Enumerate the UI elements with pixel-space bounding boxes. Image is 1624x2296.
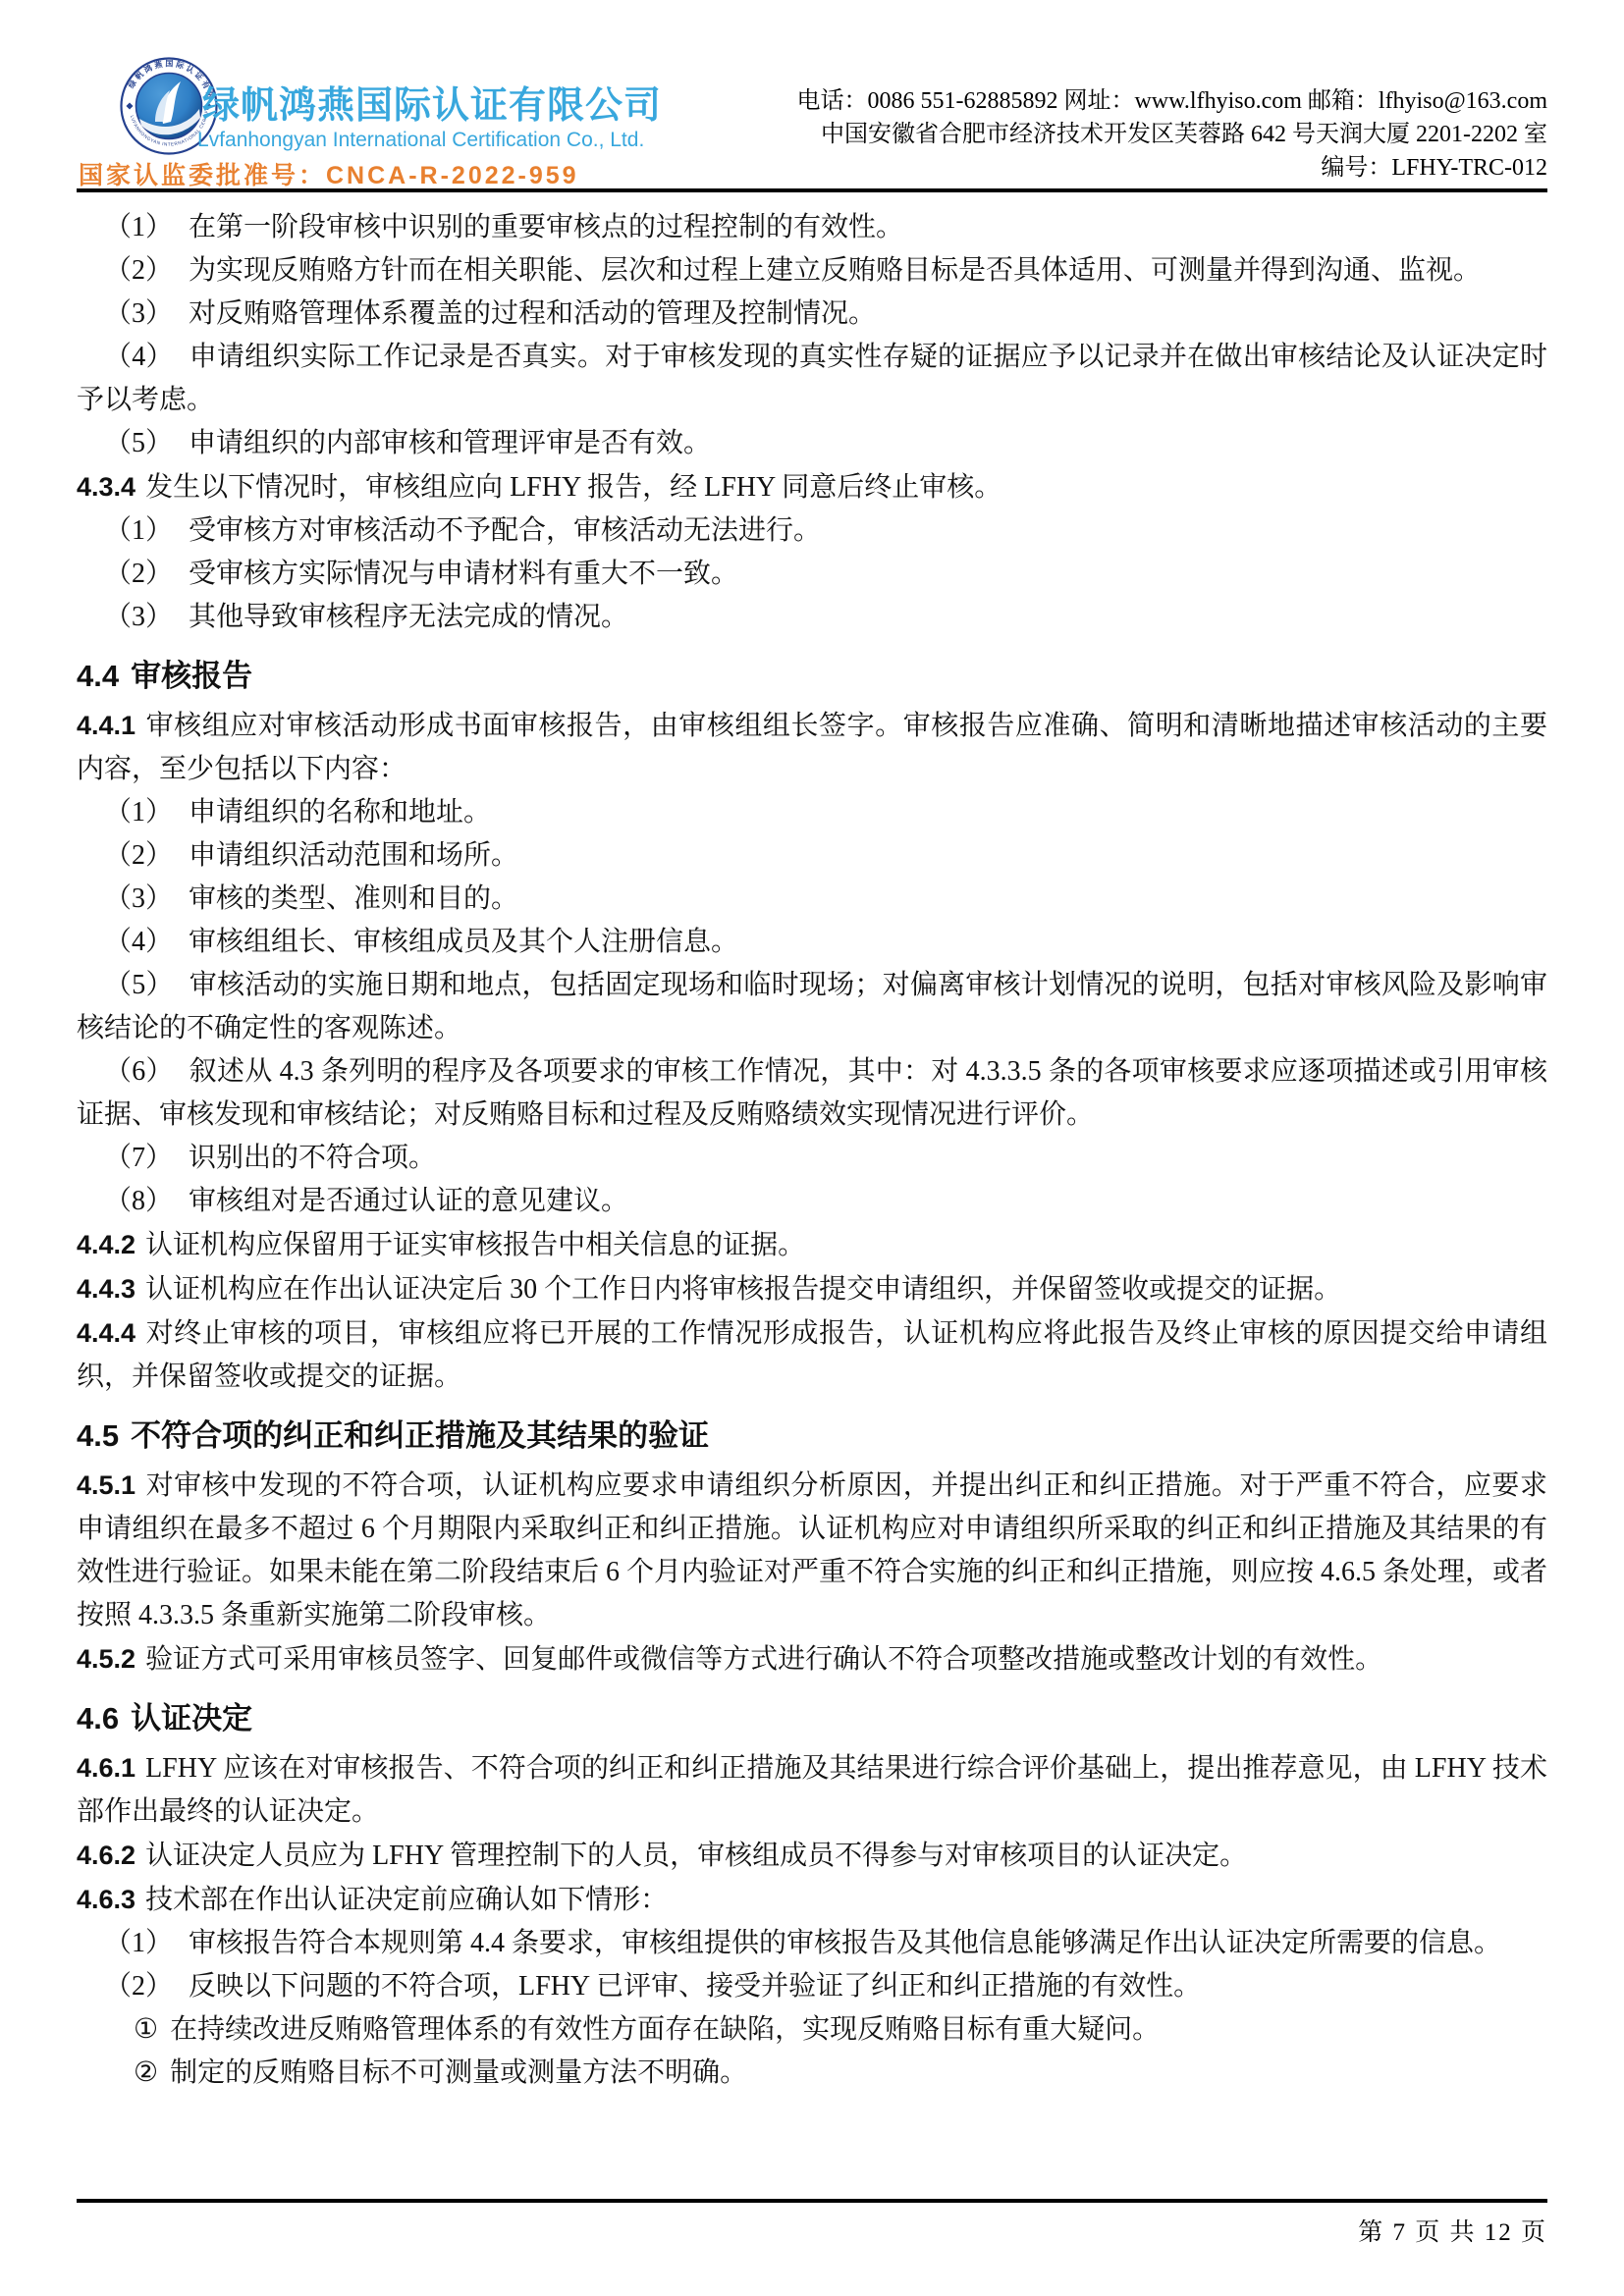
paragraph-text: 对终止审核的项目，审核组应将已开展的工作情况形成报告，认证机构应将此报告及终止审… [77,1318,1547,1392]
paragraph-number: 4.6.2 [77,1841,135,1870]
paragraph: （4）审核组组长、审核组成员及其个人注册信息。 [77,921,1547,964]
paragraph-number: （4） [104,927,173,957]
paragraph-number: （6） [104,1056,174,1087]
paragraph-number: 4.4.2 [77,1230,135,1259]
paragraph-number: （1） [104,1928,173,1958]
paragraph-number: 4.3.4 [77,472,135,502]
paragraph-text: 技术部在作出认证决定前应确认如下情形： [145,1885,668,1915]
section-heading: 4.6认证决定 [77,1697,1547,1740]
paragraph-number: （2） [104,255,173,286]
paragraph-text: 识别出的不符合项。 [189,1143,436,1173]
doc-number: 编号：LFHY-TRC-012 [796,151,1547,185]
paragraph: （6）叙述从 4.3 条列明的程序及各项要求的审核工作情况，其中：对 4.3.3… [77,1050,1547,1137]
section-heading: 4.4审核报告 [77,655,1547,698]
contact-line: 电话：0086 551-62885892 网址：www.lfhyiso.com … [796,84,1547,118]
paragraph: （8）审核组对是否通过认证的意见建议。 [77,1180,1547,1223]
paragraph-number: （1） [104,797,173,828]
address-line: 中国安徽省合肥市经济技术开发区芙蓉路 642 号天润大厦 2201-2202 室 [796,118,1547,151]
paragraph-number: （7） [104,1143,173,1173]
paragraph: （2）为实现反贿赂方针而在相关职能、层次和过程上建立反贿赂目标是否具体适用、可测… [77,249,1547,293]
paragraph: （2）受审核方实际情况与申请材料有重大不一致。 [77,553,1547,596]
paragraph-number: （2） [104,559,173,589]
paragraph-number: （5） [104,428,173,458]
paragraph-number: （3） [104,602,173,632]
paragraph: 4.5.2验证方式可采用审核员签字、回复邮件或微信等方式进行确认不符合项整改措施… [77,1637,1547,1682]
paragraph-text: 受审核方对审核活动不予配合，审核活动无法进行。 [189,515,821,546]
paragraph-text: 对反贿赂管理体系覆盖的过程和活动的管理及控制情况。 [189,298,876,329]
paragraph-text: 制定的反贿赂目标不可测量或测量方法不明确。 [170,2057,747,2088]
paragraph-number: （5） [104,970,174,1000]
paragraph: （1）申请组织的名称和地址。 [77,791,1547,834]
paragraph-text: 申请组织的内部审核和管理评审是否有效。 [189,428,711,458]
paragraph: 4.4.2认证机构应保留用于证实审核报告中相关信息的证据。 [77,1223,1547,1267]
paragraph-number: 4.5.1 [77,1470,135,1500]
paragraph-text: 审核的类型、准则和目的。 [189,883,518,914]
company-name-cn: 绿帆鸿燕国际认证有限公司 [202,75,662,129]
paragraph-number: （8） [104,1186,173,1216]
paragraph-number: （2） [104,840,173,871]
paragraph-number: ② [134,2057,158,2088]
paragraph-text: 为实现反贿赂方针而在相关职能、层次和过程上建立反贿赂目标是否具体适用、可测量并得… [189,255,1481,286]
paragraph-text: 发生以下情况时，审核组应向 LFHY 报告，经 LFHY 同意后终止审核。 [145,472,1001,503]
paragraph-number: 4.5.2 [77,1644,135,1674]
paragraph-text: 认证机构应在作出认证决定后 30 个工作日内将审核报告提交申请组织，并保留签收或… [145,1274,1341,1305]
company-name-en: Lvfanhongyan International Certification… [197,129,644,152]
paragraph-text: LFHY 应该在对审核报告、不符合项的纠正和纠正措施及其结果进行综合评价基础上，… [77,1753,1547,1827]
paragraph: 4.4.4对终止审核的项目，审核组应将已开展的工作情况形成报告，认证机构应将此报… [77,1311,1547,1399]
paragraph: （3）其他导致审核程序无法完成的情况。 [77,596,1547,639]
paragraph: （3）对反贿赂管理体系覆盖的过程和活动的管理及控制情况。 [77,293,1547,336]
paragraph-text: 申请组织实际工作记录是否真实。对于审核发现的真实性存疑的证据应予以记录并在做出审… [77,342,1547,415]
paragraph-number: 4.6.3 [77,1885,135,1914]
document-page: 绿帆鸿燕国际认证有限公司 LVFANHONGYAN INTERNATIONAL … [0,0,1624,2296]
header-divider [77,188,1547,192]
document-body: （1）在第一阶段审核中识别的重要审核点的过程控制的有效性。（2）为实现反贿赂方针… [77,200,1547,2199]
paragraph: 4.6.1LFHY 应该在对审核报告、不符合项的纠正和纠正措施及其结果进行综合评… [77,1746,1547,1834]
paragraph: 4.4.3认证机构应在作出认证决定后 30 个工作日内将审核报告提交申请组织，并… [77,1267,1547,1311]
paragraph-text: 审核活动的实施日期和地点，包括固定现场和临时现场；对偏离审核计划情况的说明，包括… [77,970,1547,1043]
page-number: 第 7 页 共 12 页 [1358,2219,1547,2246]
letterhead: 绿帆鸿燕国际认证有限公司 LVFANHONGYAN INTERNATIONAL … [0,0,1624,192]
paragraph: 4.3.4发生以下情况时，审核组应向 LFHY 报告，经 LFHY 同意后终止审… [77,465,1547,509]
paragraph: （7）识别出的不符合项。 [77,1137,1547,1180]
paragraph: 4.4.1审核组应对审核活动形成书面审核报告，由审核组组长签字。审核报告应准确、… [77,704,1547,791]
paragraph-text: 叙述从 4.3 条列明的程序及各项要求的审核工作情况，其中：对 4.3.3.5 … [77,1056,1547,1130]
paragraph: （3）审核的类型、准则和目的。 [77,878,1547,921]
paragraph-number: ① [134,2014,158,2045]
paragraph-number: 4.4.3 [77,1274,135,1304]
paragraph-text: 审核组对是否通过认证的意见建议。 [189,1186,628,1216]
paragraph-number: （1） [104,515,173,546]
paragraph-text: 认证机构应保留用于证实审核报告中相关信息的证据。 [145,1230,805,1260]
paragraph: （5）审核活动的实施日期和地点，包括固定现场和临时现场；对偏离审核计划情况的说明… [77,964,1547,1050]
paragraph: 4.6.2认证决定人员应为 LFHY 管理控制下的人员，审核组成员不得参与对审核… [77,1834,1547,1878]
page-footer: 第 7 页 共 12 页 [77,2199,1547,2248]
paragraph: （1）受审核方对审核活动不予配合，审核活动无法进行。 [77,509,1547,553]
paragraph-text: 审核组组长、审核组成员及其个人注册信息。 [189,927,738,957]
contact-block: 电话：0086 551-62885892 网址：www.lfhyiso.com … [796,84,1547,185]
paragraph-number: 4.4.4 [77,1318,135,1348]
paragraph-text: 不符合项的纠正和纠正措施及其结果的验证 [131,1418,709,1453]
paragraph: （1）审核报告符合本规则第 4.4 条要求，审核组提供的审核报告及其他信息能够满… [77,1922,1547,1965]
paragraph: （1）在第一阶段审核中识别的重要审核点的过程控制的有效性。 [77,206,1547,249]
paragraph-number: （1） [104,212,173,242]
paragraph-text: 审核组应对审核活动形成书面审核报告，由审核组组长签字。审核报告应准确、简明和清晰… [77,711,1547,784]
paragraph: ①在持续改进反贿赂管理体系的有效性方面存在缺陷，实现反贿赂目标有重大疑问。 [77,2008,1547,2052]
paragraph: （2）反映以下问题的不符合项，LFHY 已评审、接受并验证了纠正和纠正措施的有效… [77,1965,1547,2008]
paragraph-text: 认证决定人员应为 LFHY 管理控制下的人员，审核组成员不得参与对审核项目的认证… [145,1841,1247,1871]
paragraph-text: 申请组织的名称和地址。 [189,797,491,828]
paragraph-text: 认证决定 [131,1701,252,1735]
paragraph-text: 反映以下问题的不符合项，LFHY 已评审、接受并验证了纠正和纠正措施的有效性。 [189,1971,1201,2002]
paragraph-number: 4.5 [77,1418,119,1453]
paragraph-number: （3） [104,883,173,914]
paragraph-number: 4.6 [77,1701,119,1735]
paragraph-text: 审核报告 [131,659,252,693]
paragraph-number: （3） [104,298,173,329]
paragraph-number: 4.6.1 [77,1753,135,1783]
paragraph-text: 审核报告符合本规则第 4.4 条要求，审核组提供的审核报告及其他信息能够满足作出… [189,1928,1501,1958]
paragraph-text: 申请组织活动范围和场所。 [189,840,518,871]
paragraph-number: 4.4.1 [77,711,135,740]
paragraph-text: 在持续改进反贿赂管理体系的有效性方面存在缺陷，实现反贿赂目标有重大疑问。 [170,2014,1160,2045]
section-heading: 4.5不符合项的纠正和纠正措施及其结果的验证 [77,1415,1547,1458]
approval-number: 国家认监委批准号：CNCA-R-2022-959 [79,156,579,191]
paragraph: （2）申请组织活动范围和场所。 [77,834,1547,878]
paragraph-text: 受审核方实际情况与申请材料有重大不一致。 [189,559,738,589]
paragraph-text: 验证方式可采用审核员签字、回复邮件或微信等方式进行确认不符合项整改措施或整改计划… [145,1644,1382,1675]
paragraph-text: 其他导致审核程序无法完成的情况。 [189,602,628,632]
paragraph: 4.5.1对审核中发现的不符合项，认证机构应要求申请组织分析原因，并提出纠正和纠… [77,1464,1547,1637]
paragraph-text: 在第一阶段审核中识别的重要审核点的过程控制的有效性。 [189,212,903,242]
paragraph: 4.6.3技术部在作出认证决定前应确认如下情形： [77,1878,1547,1922]
paragraph: （4）申请组织实际工作记录是否真实。对于审核发现的真实性存疑的证据应予以记录并在… [77,336,1547,422]
paragraph-number: 4.4 [77,659,119,693]
paragraph: ②制定的反贿赂目标不可测量或测量方法不明确。 [77,2052,1547,2095]
paragraph-text: 对审核中发现的不符合项，认证机构应要求申请组织分析原因，并提出纠正和纠正措施。对… [77,1470,1547,1630]
paragraph: （5）申请组织的内部审核和管理评审是否有效。 [77,422,1547,465]
paragraph-number: （4） [104,342,174,372]
paragraph-number: （2） [104,1971,173,2002]
